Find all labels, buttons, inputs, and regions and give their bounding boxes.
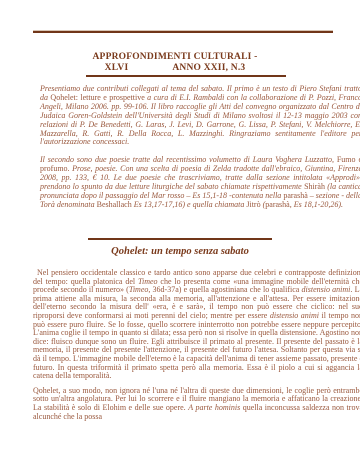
journal-volume: XLVI <box>105 63 129 73</box>
journal-issue: ANNO XXII, N.3 <box>172 63 245 73</box>
article-paragraph-2: Qohelet, a suo modo, non ignora né l'una… <box>33 387 360 421</box>
top-divider <box>33 31 333 33</box>
article-heading: Qohelet: un tempo senza sabato <box>20 246 340 258</box>
text-segment: A parte hominis <box>188 403 240 412</box>
editorial-intro: Presentiamo due contributi collegati al … <box>40 85 360 210</box>
article-body: Nel pensiero occidentale classico e tard… <box>33 269 360 421</box>
text-segment: Il secondo sono due poesie tratte dal re… <box>40 155 337 164</box>
section-divider <box>88 238 272 240</box>
text-segment: Beshallach <box>97 200 132 209</box>
text-segment: Es 13,17-17,16) e quella chiamata <box>132 200 247 209</box>
article-paragraph-1: Nel pensiero occidentale classico e tard… <box>33 269 360 381</box>
text-segment: parashà <box>265 200 289 209</box>
text-segment: il tempo non può essere puro fluire. Se … <box>33 311 360 380</box>
header-divider <box>86 75 286 77</box>
text-segment: Jitrò <box>246 200 260 209</box>
journal-title-line1: APPROFONDIMENTI CULTURALI - <box>20 52 330 63</box>
text-segment: Qohelet: letture e prospettive <box>50 93 144 102</box>
text-segment: parashà <box>283 191 307 200</box>
journal-header: APPROFONDIMENTI CULTURALI - XLVIANNO XXI… <box>20 52 330 73</box>
text-segment: Shiràh <box>304 182 325 191</box>
intro-paragraph-2: Il secondo sono due poesie tratte dal re… <box>40 156 360 209</box>
text-segment: a cura di E.I. Rambaldi con la collabora… <box>40 93 360 147</box>
journal-title-line2: XLVIANNO XXII, N.3 <box>20 63 330 74</box>
intro-paragraph-1: Presentiamo due contributi collegati al … <box>40 85 360 147</box>
text-segment: , Es 18,1-20,26). <box>290 200 343 209</box>
